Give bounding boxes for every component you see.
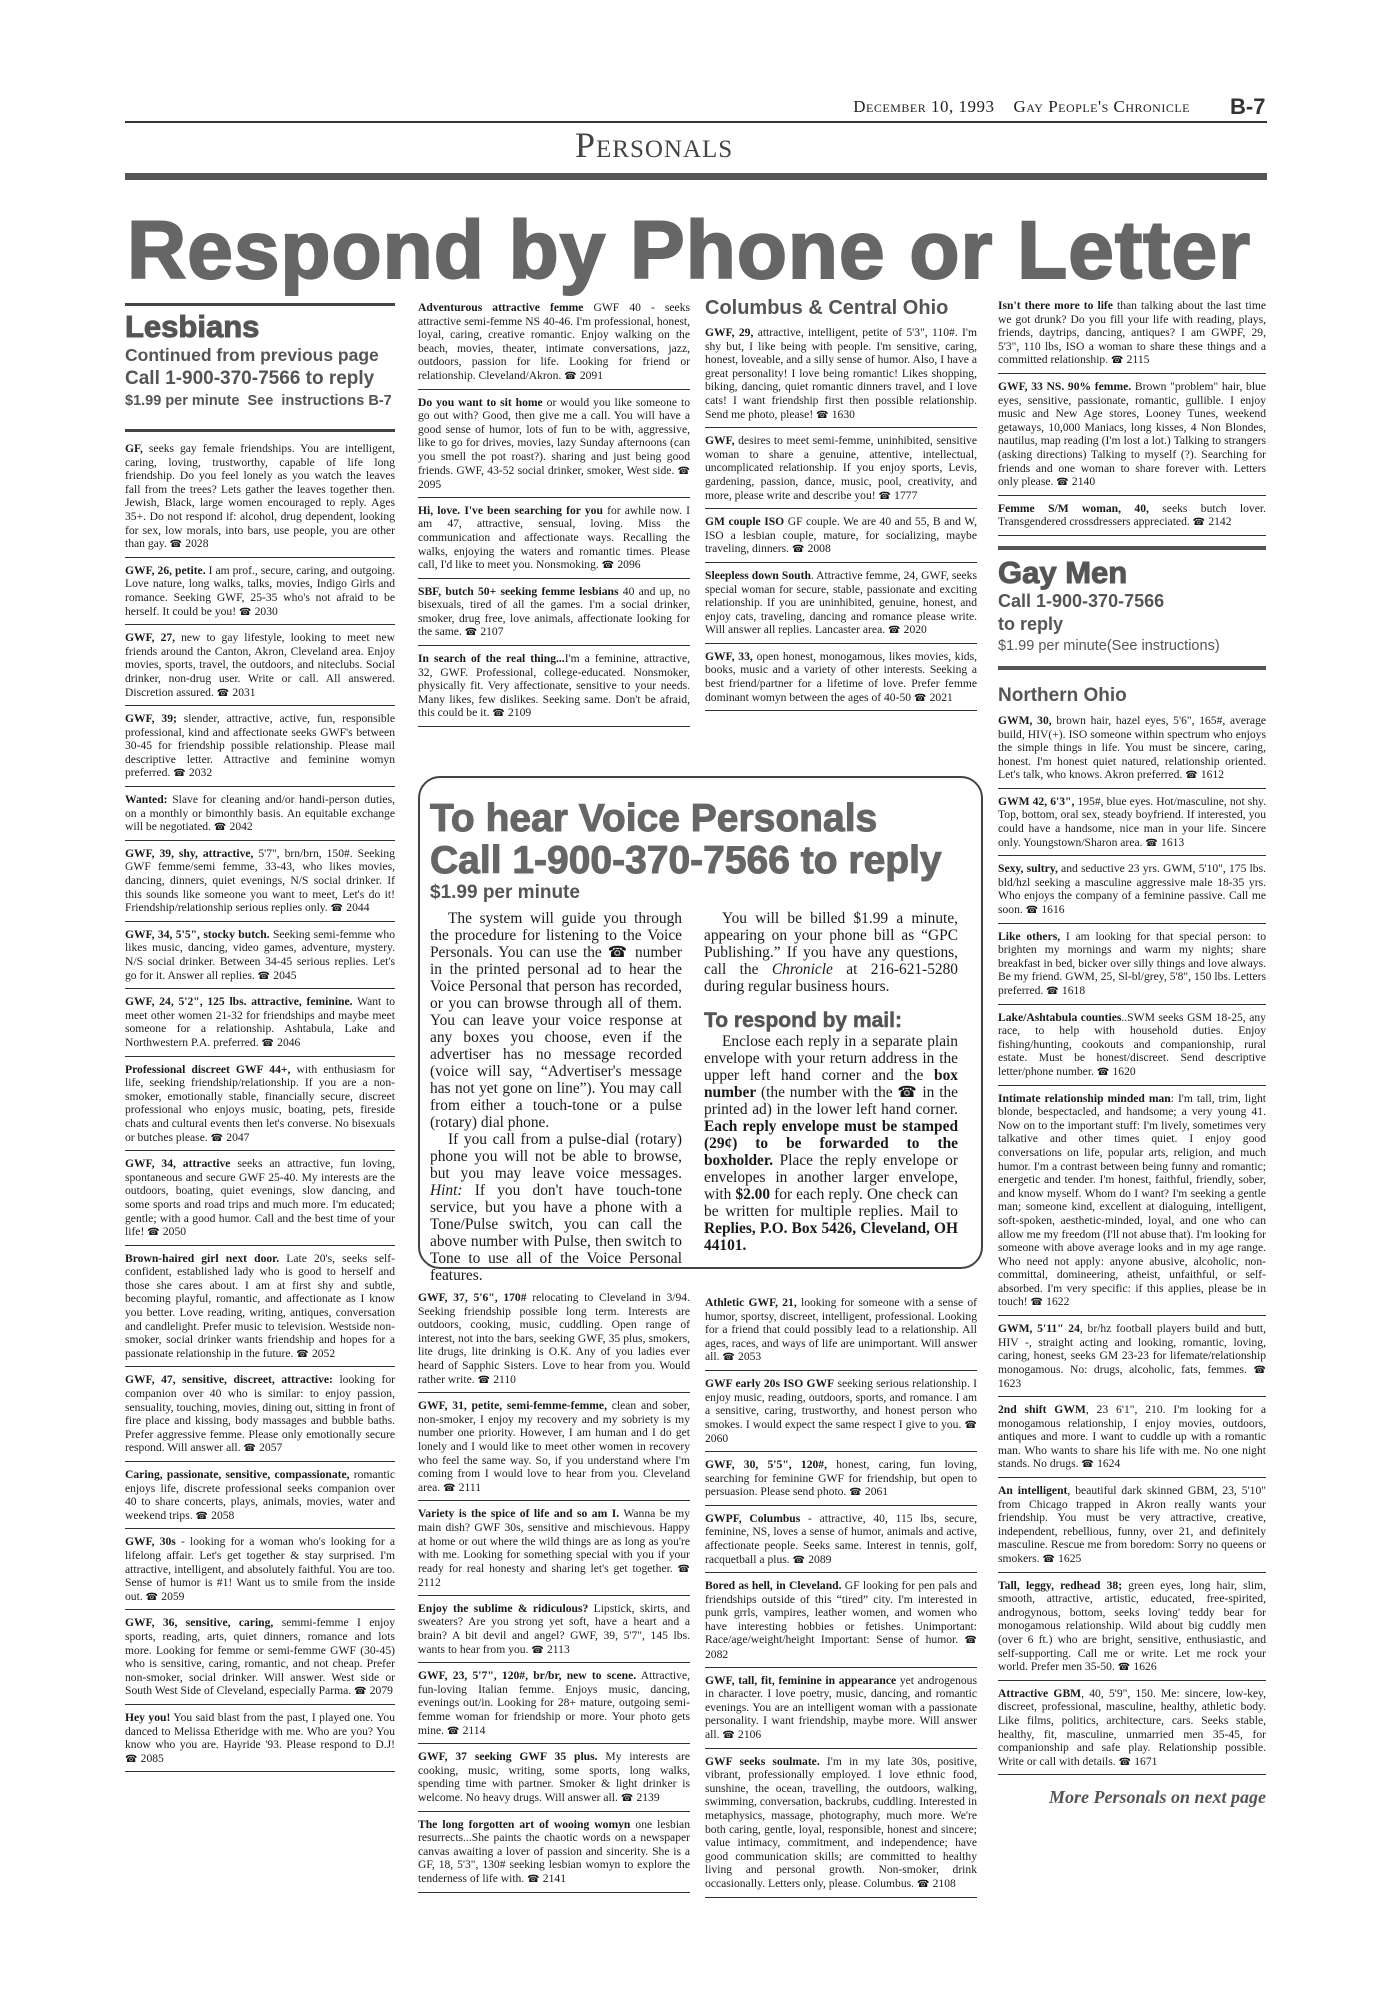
ad-box-number: 2139 [636, 1791, 659, 1804]
ad-body: I'm in my late 30s, positive, vibrant, p… [705, 1755, 977, 1890]
ad-lead: GF, [125, 442, 143, 455]
phone-icon: ☎ [443, 1483, 459, 1494]
ad-lead: An intelligent [998, 1484, 1067, 1497]
ad-body: : I'm tall, trim, light blonde, bespecta… [998, 1092, 1266, 1309]
masthead-date-publication: December 10, 1993 Gay People's Chronicle [790, 97, 1190, 117]
phone-icon: ☎ [239, 607, 255, 618]
ad-lead: GWF seeks soulmate. [705, 1755, 820, 1768]
phone-icon: ☎ [447, 1726, 463, 1737]
gaymen-heading: Gay Men [998, 556, 1266, 590]
ad-lead: GWM, 5'11" 24 [998, 1322, 1080, 1335]
ad-box-number: 2045 [273, 969, 296, 982]
ad-lead: Hi, love. I've been searching for you [418, 504, 603, 517]
lesbians-bottom-rule [125, 429, 395, 432]
phone-icon: ☎ [243, 1443, 259, 1454]
ad-lead: GWF, 31, petite, semi-femme-femme, [418, 1399, 607, 1412]
ad-lead: GWF, 30s [125, 1535, 176, 1548]
ad-box-number: 1618 [1062, 984, 1085, 997]
ad-lead: GWF early 20s ISO GWF [705, 1377, 834, 1390]
ad-box-number: 2140 [1072, 475, 1095, 488]
lesbians-ad-list: GF, seeks gay female friendships. You ar… [125, 436, 395, 1772]
ad-lead: Attractive GBM [998, 1687, 1081, 1700]
personal-ad: Athletic GWF, 21, looking for someone wi… [705, 1290, 977, 1371]
ad-box-number: 2091 [580, 369, 603, 382]
ad-box-number: 1612 [1201, 768, 1224, 781]
ad-box-number: 2110 [493, 1373, 516, 1386]
ad-box-number: 2057 [259, 1441, 282, 1454]
personal-ad: GWF, 39, shy, attractive, 5'7", brn/brn,… [125, 841, 395, 922]
ad-lead: GWF, [705, 434, 735, 447]
lesbians-price: $1.99 per minute See instructions B-7 [125, 390, 395, 413]
ad-lead: Athletic GWF, 21, [705, 1296, 797, 1309]
personal-ad: Bored as hell, in Cleveland. GF looking … [705, 1573, 977, 1668]
phone-icon: ☎ [1097, 1067, 1113, 1078]
ad-lead: GWF, 34, attractive [125, 1157, 230, 1170]
phone-icon: ☎ [262, 1038, 278, 1049]
ad-lead: Sleepless down South [705, 569, 811, 582]
ad-lead: GWPF, Columbus [705, 1512, 800, 1525]
phone-icon: ☎ [1119, 1757, 1135, 1768]
p2-text-b: If you don't have touch-tone service, bu… [430, 1182, 682, 1284]
ad-box-number: 1622 [1046, 1295, 1069, 1308]
publication-name: Gay People's Chronicle [1013, 97, 1190, 116]
phone-icon: ☎ [564, 371, 580, 382]
personal-ad: GWF, 47, sensitive, discreet, attractive… [125, 1367, 395, 1462]
gaymen-top-rule [998, 546, 1266, 550]
ad-lead: Intimate relationship minded man [998, 1092, 1171, 1105]
personal-ad: GF, seeks gay female friendships. You ar… [125, 436, 395, 558]
ad-lead: Enjoy the sublime & ridiculous? [418, 1602, 588, 1615]
voice-personals-call: Call 1-900-370-7566 to reply [430, 840, 967, 882]
phone-icon: ☎ [1145, 838, 1161, 849]
personal-ad: GWF, 39; slender, attractive, active, fu… [125, 706, 395, 787]
ad-box-number: 2085 [141, 1752, 164, 1765]
personal-ad: 2nd shift GWM, 23 6'1", 210. I'm looking… [998, 1397, 1266, 1478]
phone-icon: ☎ [492, 708, 508, 719]
masthead-rule [125, 121, 1267, 123]
ad-body: green eyes, long hair, slim, smooth, att… [998, 1579, 1266, 1674]
ad-lead: GWF, 27, [125, 631, 175, 644]
voice-personals-title: To hear Voice Personals [430, 798, 967, 840]
phone-icon: ☎ [1042, 1554, 1058, 1565]
phone-icon: ☎ [1046, 986, 1062, 997]
phone-icon: ☎ [196, 1511, 212, 1522]
section-rule [125, 173, 1267, 180]
ad-body: clean and sober, non-smoker, I enjoy my … [418, 1399, 690, 1494]
personal-ad: GM couple ISO GF couple. We are 40 and 5… [705, 509, 977, 563]
lesbians-top-rule [125, 303, 395, 306]
personal-ad: In search of the real thing...I'm a femi… [418, 646, 690, 727]
phone-icon: ☎ [849, 1487, 865, 1498]
issue-date: December 10, 1993 [853, 97, 994, 116]
ad-lead: GWF, 29, [705, 326, 753, 339]
personal-ad: Hey you! You said blast from the past, I… [125, 1705, 395, 1772]
phone-icon: ☎ [816, 410, 832, 421]
personal-ad: Do you want to sit home or would you lik… [418, 390, 690, 498]
gaymen-ad-list: GWM, 30, brown hair, hazel eyes, 5'6", 1… [998, 708, 1266, 1775]
phone-icon: ☎ [792, 544, 808, 555]
ad-box-number: 2142 [1208, 515, 1231, 528]
column2-top: Adventurous attractive femme GWF 40 - se… [418, 295, 690, 727]
phone-icon: ☎ [331, 903, 347, 914]
personal-ad: An intelligent, beautiful dark skinned G… [998, 1478, 1266, 1573]
personal-ad: GWF, tall, fit, feminine in appearance y… [705, 1668, 977, 1749]
hint-label: Hint: [430, 1182, 463, 1199]
ad-box-number: 2114 [463, 1724, 486, 1737]
personal-ad: Lake/Ashtabula counties..SWM seeks GSM 1… [998, 1005, 1266, 1086]
personal-ad: GWF, 34, 5'5", stocky butch. Seeking sem… [125, 922, 395, 989]
ad-box-number: 2082 [705, 1648, 728, 1661]
chronicle-name: Chronicle [772, 961, 833, 978]
phone-icon: ☎ [173, 768, 189, 779]
phone-icon: ☎ [217, 688, 233, 699]
personal-ad: Isn't there more to life than talking ab… [998, 293, 1266, 374]
phone-icon: ☎ [527, 1874, 543, 1885]
ad-lead: GWF, 37, 5'6", 170# [418, 1291, 527, 1304]
voice-instructions-p2: If you call from a pulse-dial (rotary) p… [430, 1131, 682, 1284]
phone-icon: ☎ [354, 1686, 370, 1697]
ad-lead: Do you want to sit home [418, 396, 543, 409]
section-title: Personals [575, 124, 733, 166]
gaymen-to-reply: to reply [998, 613, 1266, 636]
personal-ad: GWF early 20s ISO GWF seeking serious re… [705, 1371, 977, 1452]
mail-fee: $2.00 [735, 1186, 770, 1203]
ad-lead: GWF, 24, 5'2", 125 lbs. attractive, femi… [125, 995, 353, 1008]
ad-lead: GWF, 33, [705, 650, 753, 663]
ad-lead: Tall, leggy, redhead 38; [998, 1579, 1122, 1592]
respond-by-mail-heading: To respond by mail: [704, 1009, 958, 1033]
ad-box-number: 2115 [1127, 353, 1150, 366]
lesbians-continued: Continued from previous page [125, 344, 395, 367]
phone-icon: ☎ [965, 1420, 977, 1431]
column4-top-ad-list: Isn't there more to life than talking ab… [998, 293, 1266, 536]
ad-box-number: 2028 [185, 537, 208, 550]
ad-box-number: 2109 [508, 706, 531, 719]
ad-box-number: 2053 [738, 1350, 761, 1363]
phone-icon: ☎ [211, 1133, 227, 1144]
ad-lead: Bored as hell, in Cleveland. [705, 1579, 842, 1592]
lesbians-call-number: Call 1-900-370-7566 to reply [125, 367, 395, 390]
ad-lead: GWM 42, 6'3", [998, 795, 1074, 808]
personal-ad: Attractive GBM, 40, 5'9", 150. Me: since… [998, 1681, 1266, 1776]
ad-box-number: 2079 [370, 1684, 393, 1697]
personal-ad: GWF, 33, open honest, monogamous, likes … [705, 644, 977, 711]
mail-instructions: Enclose each reply in a separate plain e… [704, 1033, 958, 1254]
ad-box-number: 2095 [418, 478, 441, 491]
ad-box-number: 2008 [808, 542, 831, 555]
phone-icon: ☎ [1031, 1297, 1047, 1308]
column2-top-ad-list: Adventurous attractive femme GWF 40 - se… [418, 295, 690, 727]
ad-box-number: 1625 [1058, 1552, 1081, 1565]
ad-lead: Variety is the spice of life and so am I… [418, 1507, 619, 1520]
ad-body: Brown "problem" hair, blue eyes, sensiti… [998, 380, 1266, 488]
ad-box-number: 1777 [894, 489, 917, 502]
mail-text-a: Enclose each reply in a separate plain e… [704, 1033, 958, 1084]
ad-body: Late 20's, seeks self-confident, establi… [125, 1252, 395, 1360]
voice-instructions-left: The system will guide you through the pr… [430, 910, 682, 1284]
personal-ad: GWF, 33 NS. 90% femme. Brown "problem" h… [998, 374, 1266, 496]
ad-box-number: 2052 [312, 1347, 335, 1360]
personal-ad: Hi, love. I've been searching for you fo… [418, 498, 690, 579]
personal-ad: GWF, 30, 5'5", 120#, honest, caring, fun… [705, 1452, 977, 1506]
ad-lead: GM couple ISO [705, 515, 784, 528]
personal-ad: Like others, I am looking for that speci… [998, 924, 1266, 1005]
ad-box-number: 2106 [738, 1728, 761, 1741]
ad-lead: Femme S/M woman, 40, [998, 502, 1149, 515]
personal-ad: GWF, 27, new to gay lifestyle, looking t… [125, 625, 395, 706]
ad-box-number: 1623 [998, 1377, 1021, 1390]
gaymen-call-number: Call 1-900-370-7566 [998, 590, 1266, 613]
ad-box-number: 1671 [1134, 1755, 1157, 1768]
ad-box-number: 2060 [705, 1432, 728, 1445]
ad-box-number: 2111 [459, 1481, 481, 1494]
ad-box-number: 2031 [232, 686, 255, 699]
lesbians-heading: Lesbians [125, 310, 395, 344]
column4: Isn't there more to life than talking ab… [998, 293, 1266, 1808]
personal-ad: GWF, desires to meet semi-femme, uninhib… [705, 428, 977, 509]
ad-lead: Sexy, sultry, [998, 862, 1058, 875]
ad-lead: Isn't there more to life [998, 299, 1113, 312]
ad-box-number: 2061 [865, 1485, 888, 1498]
gaymen-price: $1.99 per minute(See instructions) [998, 636, 1266, 656]
ad-box-number: 2096 [617, 558, 640, 571]
voice-instructions-p1: The system will guide you through the pr… [430, 910, 682, 1131]
personal-ad: GWF, 36, sensitive, caring, semmi-femme … [125, 1610, 395, 1705]
personal-ad: GWM, 30, brown hair, hazel eyes, 5'6", 1… [998, 708, 1266, 789]
personal-ad: Sexy, sultry, and seductive 23 yrs. GWM,… [998, 856, 1266, 923]
ad-box-number: 1613 [1161, 836, 1184, 849]
ad-box-number: 1620 [1112, 1065, 1135, 1078]
phone-icon: ☎ [296, 1349, 312, 1360]
ad-lead: SBF, butch 50+ seeking femme lesbians [418, 585, 619, 598]
phone-icon: ☎ [125, 1754, 141, 1765]
ad-box-number: 2030 [255, 605, 278, 618]
ad-body: attractive, intelligent, petite of 5'3",… [705, 326, 977, 421]
personal-ad: The long forgotten art of wooing womyn o… [418, 1812, 690, 1893]
columbus-ad-list: GWF, 29, attractive, intelligent, petite… [705, 320, 977, 711]
personal-ad: GWF seeks soulmate. I'm in my late 30s, … [705, 1749, 977, 1898]
personal-ad: Femme S/M woman, 40, seeks butch lover. … [998, 496, 1266, 536]
personal-ad: GWF, 34, attractive seeks an attractive,… [125, 1151, 395, 1246]
ad-lead: Professional discreet GWF 44+, [125, 1063, 290, 1076]
ad-lead: GWF, 33 NS. 90% femme. [998, 380, 1131, 393]
ad-box-number: 2141 [543, 1872, 566, 1885]
ad-lead: GWF, 47, sensitive, discreet, attractive… [125, 1373, 333, 1386]
ad-box-number: 2047 [226, 1131, 249, 1144]
phone-icon: ☎ [146, 1592, 162, 1603]
billing-info: You will be billed $1.99 a minute, appea… [704, 910, 958, 995]
northern-ohio-heading: Northern Ohio [998, 684, 1266, 708]
phone-icon: ☎ [914, 693, 930, 704]
ad-lead: GWF, tall, fit, feminine in appearance [705, 1674, 896, 1687]
banner-headline: Respond by Phone or Letter [127, 210, 1251, 292]
personal-ad: GWF, 24, 5'2", 125 lbs. attractive, femi… [125, 989, 395, 1056]
ad-box-number: 2059 [161, 1590, 184, 1603]
ad-box-number: 1616 [1041, 903, 1064, 916]
personal-ad: Professional discreet GWF 44+, with enth… [125, 1057, 395, 1152]
ad-box-number: 2112 [418, 1576, 441, 1589]
phone-icon: ☎ [722, 1352, 738, 1363]
ad-box-number: 2042 [230, 820, 253, 833]
personal-ad: Enjoy the sublime & ridiculous? Lipstick… [418, 1596, 690, 1663]
phone-icon: ☎ [965, 1635, 977, 1646]
ad-box-number: 2113 [547, 1643, 570, 1656]
ad-lead: GWM, 30, [998, 714, 1052, 727]
ad-lead: Caring, passionate, sensitive, compassio… [125, 1468, 350, 1481]
phone-icon: ☎ [1056, 477, 1072, 488]
more-personals-next-page: More Personals on next page [998, 1787, 1266, 1808]
ad-box-number: 2046 [277, 1036, 300, 1049]
p2-text-a: If you call from a pulse-dial (rotary) p… [430, 1131, 682, 1182]
ad-box-number: 2058 [211, 1509, 234, 1522]
page-number: B-7 [1230, 94, 1265, 120]
personal-ad: GWF, 37 seeking GWF 35 plus. My interest… [418, 1744, 690, 1811]
voice-instructions-right: You will be billed $1.99 a minute, appea… [704, 910, 958, 1284]
ad-lead: GWF, 37 seeking GWF 35 plus. [418, 1750, 598, 1763]
phone-icon: ☎ [1254, 1365, 1266, 1376]
phone-icon: ☎ [1185, 770, 1201, 781]
phone-icon: ☎ [170, 539, 186, 550]
phone-icon: ☎ [1193, 517, 1209, 528]
column2-bottom-ad-list: GWF, 37, 5'6", 170# relocating to Clevel… [418, 1285, 690, 1893]
personal-ad: Brown-haired girl next door. Late 20's, … [125, 1246, 395, 1368]
phone-icon: ☎ [465, 627, 481, 638]
columbus-column: Columbus & Central Ohio GWF, 29, attract… [705, 296, 977, 711]
column3-bottom-ad-list: Athletic GWF, 21, looking for someone wi… [705, 1290, 977, 1898]
personal-ad: Sleepless down South. Attractive femme, … [705, 563, 977, 644]
columbus-heading: Columbus & Central Ohio [705, 296, 977, 320]
personal-ad: GWF, 23, 5'7", 120#, br/br, new to scene… [418, 1663, 690, 1744]
personal-ad: GWM 42, 6'3", 195#, blue eyes. Hot/mascu… [998, 789, 1266, 856]
ad-lead: GWF, 39, shy, attractive, [125, 847, 253, 860]
phone-icon: ☎ [879, 491, 895, 502]
ad-box-number: 2107 [480, 625, 503, 638]
phone-icon: ☎ [678, 1564, 690, 1575]
phone-icon: ☎ [147, 1227, 163, 1238]
personal-ad: GWF, 26, petite. I am prof., secure, car… [125, 558, 395, 625]
ad-lead: Like others, [998, 930, 1060, 943]
personal-ad: SBF, butch 50+ seeking femme lesbians 40… [418, 579, 690, 646]
personal-ad: Intimate relationship minded man: I'm ta… [998, 1086, 1266, 1317]
personal-ad: GWF, 29, attractive, intelligent, petite… [705, 320, 977, 428]
phone-icon: ☎ [917, 1879, 933, 1890]
phone-icon: ☎ [888, 625, 904, 636]
phone-icon: ☎ [258, 971, 274, 982]
ad-box-number: 1626 [1133, 1660, 1156, 1673]
phone-icon: ☎ [214, 822, 230, 833]
ad-lead: Lake/Ashtabula counties [998, 1011, 1121, 1024]
column3-bottom: Athletic GWF, 21, looking for someone wi… [705, 1290, 977, 1898]
ad-box-number: 1624 [1097, 1457, 1120, 1470]
lesbians-column: Lesbians Continued from previous page Ca… [125, 303, 395, 1772]
ad-box-number: 2050 [163, 1225, 186, 1238]
phone-icon: ☎ [478, 1375, 494, 1386]
personal-ad: Caring, passionate, sensitive, compassio… [125, 1462, 395, 1529]
ad-lead: GWF, 39; [125, 712, 177, 725]
ad-box-number: 2089 [808, 1553, 831, 1566]
personal-ad: GWM, 5'11" 24, br/hz football players bu… [998, 1316, 1266, 1397]
personal-ad: GWF, 30s - looking for a woman who's loo… [125, 1529, 395, 1610]
ad-box-number: 2108 [933, 1877, 956, 1890]
ad-body: seeks gay female friendships. You are in… [125, 442, 395, 550]
ad-lead: In search of the real thing... [418, 652, 565, 665]
ad-lead: GWF, 36, sensitive, caring, [125, 1616, 273, 1629]
phone-icon: ☎ [621, 1793, 637, 1804]
ad-lead: GWF, 34, 5'5", stocky butch. [125, 928, 270, 941]
personal-ad: Tall, leggy, redhead 38; green eyes, lon… [998, 1573, 1266, 1681]
personal-ad: Wanted: Slave for cleaning and/or handi-… [125, 787, 395, 841]
personal-ad: GWF, 37, 5'6", 170# relocating to Clevel… [418, 1285, 690, 1393]
phone-icon: ☎ [1026, 905, 1042, 916]
phone-icon: ☎ [1118, 1662, 1134, 1673]
ad-lead: GWF, 30, 5'5", 120#, [705, 1458, 827, 1471]
ad-box-number: 2044 [346, 901, 369, 914]
phone-icon: ☎ [1081, 1459, 1097, 1470]
ad-box-number: 2032 [189, 766, 212, 779]
ad-lead: Wanted: [125, 793, 168, 806]
gaymen-bottom-rule [998, 666, 1266, 670]
phone-icon: ☎ [1111, 355, 1127, 366]
ad-body: relocating to Cleveland in 3/94. Seeking… [418, 1291, 690, 1386]
ad-lead: Brown-haired girl next door. [125, 1252, 279, 1265]
personal-ad: GWF, 31, petite, semi-femme-femme, clean… [418, 1393, 690, 1501]
phone-icon: ☎ [602, 560, 618, 571]
personal-ad: Variety is the spice of life and so am I… [418, 1501, 690, 1596]
ad-lead: The long forgotten art of wooing womyn [418, 1818, 630, 1831]
ad-lead: Hey you! [125, 1711, 170, 1724]
personal-ad: GWPF, Columbus - attractive, 40, 115 lbs… [705, 1506, 977, 1573]
voice-personals-box: To hear Voice Personals Call 1-900-370-7… [418, 776, 983, 1269]
ad-box-number: 2020 [904, 623, 927, 636]
voice-personals-price: $1.99 per minute [430, 882, 967, 904]
ad-lead: Adventurous attractive femme [418, 301, 583, 314]
phone-icon: ☎ [531, 1645, 547, 1656]
ad-lead: GWF, 26, petite. [125, 564, 206, 577]
ad-box-number: 1630 [832, 408, 855, 421]
ad-lead: 2nd shift GWM [998, 1403, 1086, 1416]
mail-address: Replies, P.O. Box 5426, Cleveland, OH 44… [704, 1220, 958, 1254]
personal-ad: Adventurous attractive femme GWF 40 - se… [418, 295, 690, 390]
ad-lead: GWF, 23, 5'7", 120#, br/br, new to scene… [418, 1669, 636, 1682]
ad-body: desires to meet semi-femme, uninhibited,… [705, 434, 977, 501]
phone-icon: ☎ [722, 1730, 738, 1741]
phone-icon: ☎ [678, 466, 690, 477]
ad-box-number: 2021 [930, 691, 953, 704]
phone-icon: ☎ [793, 1555, 809, 1566]
column2-bottom: GWF, 37, 5'6", 170# relocating to Clevel… [418, 1285, 690, 1893]
